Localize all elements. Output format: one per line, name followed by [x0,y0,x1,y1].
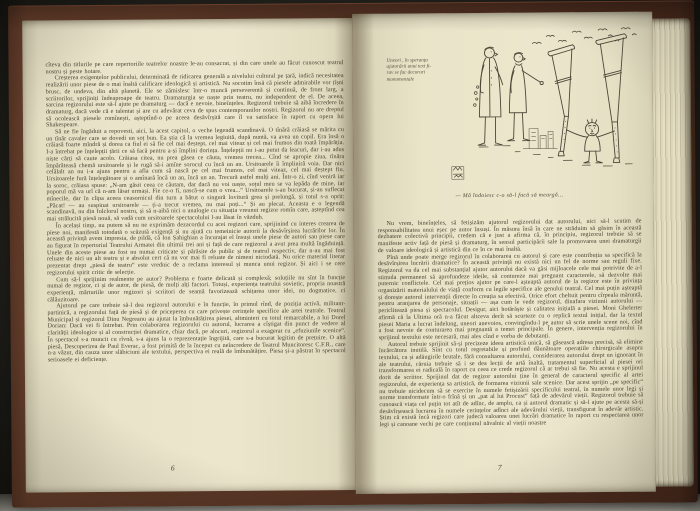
smoke-dots [473,86,479,107]
paragraph: Autorul trebuie sprijinit să-și precizez… [379,339,644,429]
paragraph: Cum să-l sprijinim realmente pe autor? P… [47,275,345,304]
right-page-text: Nu vrem, bineînțeles, să fetișizăm ajuto… [377,218,643,429]
author-figure [507,52,544,140]
director-figure [477,47,503,145]
giant-crutch-right [596,34,628,163]
photo-background: cîteva din titlurile pe care repertoriil… [0,0,700,511]
page-number-right: 7 [350,462,650,473]
giant-crutch-left [548,45,575,156]
cartoon-margin-caption: Uneori , în speranțaajutorării unui text… [386,57,452,82]
cartoonist-signature [452,167,464,180]
cartoon-illustration [444,24,647,190]
book-cover: cîteva din titlurile pe care repertoriil… [8,0,698,507]
paragraph: În același timp, nu putem să nu ne expri… [47,221,345,277]
left-page-text: cîteva din titlurile pe care repertoriil… [45,60,345,364]
paragraph: Pînă unde poate merge regizorul în colab… [378,252,643,342]
right-page: Uneori , în speranțaajutorării unui text… [352,12,656,494]
left-page: cîteva din titlurile pe care repertoriil… [22,18,356,493]
paragraph: Creșterea exigențelor publicului, determ… [46,73,344,129]
paragraph: Ajutorul pe care trebuie să-l dea regizo… [47,301,345,364]
paragraph: Nu vrem, bineînțeles, să fetișizăm ajuto… [377,218,641,254]
page-number-left: 6 [8,462,338,474]
birds-icon [532,28,636,44]
cartoon-caption: — Mă îndoiesc c-o să-l facă să meargă... [378,192,642,200]
skyline-sketch [523,128,557,148]
caption-line: monumentale [387,76,453,83]
page-edge-stack [652,18,694,486]
frail-text-figure [566,119,614,163]
paragraph: Să ne fie îngăduit a repovesti, aici, la… [46,127,345,223]
